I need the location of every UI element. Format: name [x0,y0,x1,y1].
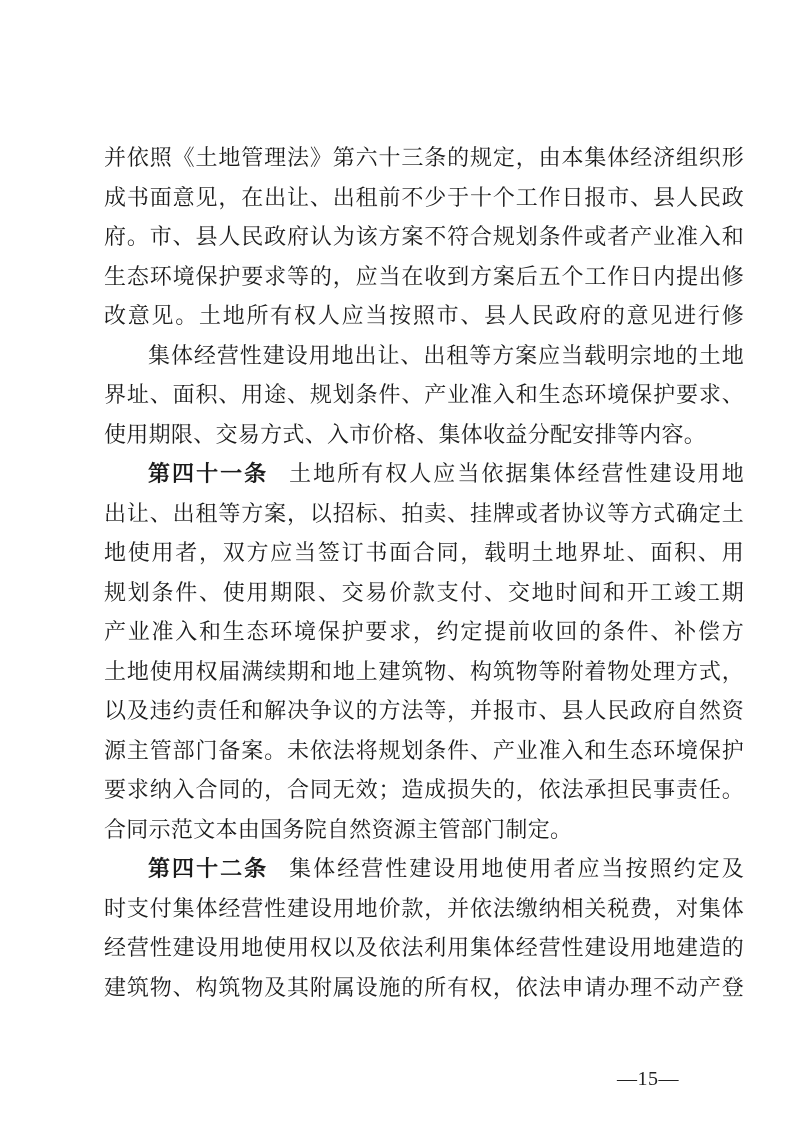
text-line: 界址、面积、用途、规划条件、产业准入和生态环境保护要求、 [104,375,744,415]
text-line: 改意见。土地所有权人应当按照市、县人民政府的意见进行修改。 [104,296,744,336]
text-line: 使用期限、交易方式、入市价格、集体收益分配安排等内容。 [104,415,744,455]
text-line: 源主管部门备案。未依法将规划条件、产业准入和生态环境保护 [104,731,744,771]
document-body: 并依照《土地管理法》第六十三条的规定，由本集体经济组织形 成书面意见，在出让、出… [104,138,744,1007]
text-line: 要求纳入合同的，合同无效；造成损失的，依法承担民事责任。 [104,770,744,810]
text-line: 土地使用权届满续期和地上建筑物、构筑物等附着物处理方式， [104,652,744,692]
text-line: 集体经营性建设用地出让、出租等方案应当载明宗地的土地 [104,336,744,376]
text-line: 府。市、县人民政府认为该方案不符合规划条件或者产业准入和 [104,217,744,257]
text-line: 以及违约责任和解决争议的方法等，并报市、县人民政府自然资 [104,691,744,731]
page-number: —15— [617,1066,679,1092]
article-number: 第四十一条 [148,461,268,486]
text-line: 时支付集体经营性建设用地价款，并依法缴纳相关税费，对集体 [104,889,744,929]
text-line: 地使用者，双方应当签订书面合同，载明土地界址、面积、用途、 [104,533,744,573]
text-line: 生态环境保护要求等的，应当在收到方案后五个工作日内提出修 [104,257,744,297]
article-text: 土地所有权人应当依据集体经营性建设用地 [289,461,744,486]
article-text: 集体经营性建设用地使用者应当按照约定及 [289,856,744,881]
document-page: 并依照《土地管理法》第六十三条的规定，由本集体经济组织形 成书面意见，在出让、出… [0,0,793,1122]
text-line: 成书面意见，在出让、出租前不少于十个工作日报市、县人民政 [104,178,744,218]
text-line: 建筑物、构筑物及其附属设施的所有权，依法申请办理不动产登 [104,968,744,1008]
text-line-article-42: 第四十二条集体经营性建设用地使用者应当按照约定及 [104,849,744,889]
text-line: 经营性建设用地使用权以及依法利用集体经营性建设用地建造的 [104,928,744,968]
text-line: 合同示范文本由国务院自然资源主管部门制定。 [104,810,744,850]
text-line: 规划条件、使用期限、交易价款支付、交地时间和开工竣工期限、 [104,573,744,613]
text-line-article-41: 第四十一条土地所有权人应当依据集体经营性建设用地 [104,454,744,494]
article-number: 第四十二条 [148,856,268,881]
text-line: 出让、出租等方案，以招标、拍卖、挂牌或者协议等方式确定土 [104,494,744,534]
text-line: 并依照《土地管理法》第六十三条的规定，由本集体经济组织形 [104,138,744,178]
text-line: 产业准入和生态环境保护要求，约定提前收回的条件、补偿方式、 [104,612,744,652]
